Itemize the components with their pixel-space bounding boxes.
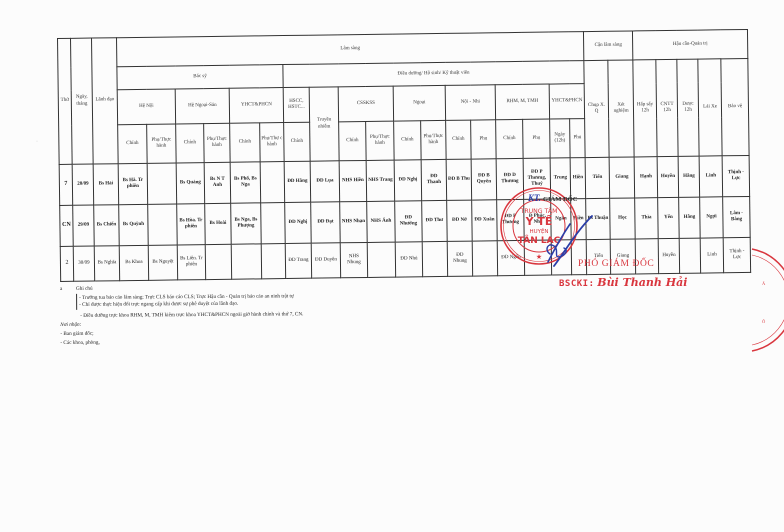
kt-prefix: KT. <box>528 193 541 203</box>
cell-bao-ve: Thịnh - Lực <box>723 237 751 272</box>
cell-noi-chinh: ĐD Nhung <box>447 241 472 276</box>
cell-noi-phu <box>472 241 497 276</box>
notes-mark: a <box>60 285 62 293</box>
cell-ngoai-chinh: ĐD Nhủ <box>395 242 422 277</box>
document-page: Thứ Ngày, tháng Lãnh đạo Lâm sàng Cận lâ… <box>0 0 784 532</box>
cell-thu: 2 <box>60 246 73 281</box>
col-header-ngay: Ngày, tháng <box>71 38 94 164</box>
svg-text:Ô: Ô <box>762 319 766 324</box>
recipients-label: Nơi nhận: <box>60 321 81 329</box>
col-header-lanh-dao: Lãnh đạo <box>92 38 119 164</box>
cell-lanh-dao: Bs Hải <box>93 164 119 205</box>
note-line: - Điều dưỡng trực khoa RHM, M, TMH kiêm … <box>80 310 303 320</box>
cell-ngoai-san-chinh: Bs Liên. Tr phiên <box>177 245 205 280</box>
cell-yhct-chinh: Bs Phố, Bs Nga <box>230 162 261 203</box>
sub-header-phu-thuc-hanh: Phụ/Thực hành <box>204 123 231 162</box>
cell-duoc: Hằng <box>678 156 700 197</box>
recipient-item: - Ban giám đốc; <box>60 330 93 338</box>
cell-xet-nghiem: Học <box>610 198 636 239</box>
col-header-noi-nhi: Nội - Nhi <box>445 85 495 121</box>
cell-hscc: ĐD Nghị <box>285 202 312 243</box>
col-header-he-ngoai-san: Hệ Ngoại-Sản <box>175 88 229 124</box>
kt-title: GIÁM ĐỐC <box>543 196 577 203</box>
notes-title: Ghi chú <box>76 285 93 293</box>
recipient-item: - Các khoa, phòng, <box>60 339 99 347</box>
cell-hscc: ĐD Hằng <box>284 161 311 202</box>
col-header-csskss: CSSKSS <box>338 86 393 122</box>
cell-xet-nghiem: Giang <box>609 157 635 198</box>
partial-stamp-icon: Ā Ô <box>750 245 784 355</box>
cell-cntt: Yến <box>658 197 680 238</box>
cell-chup-xq: Tiến <box>585 157 610 198</box>
sub-header-phu-thuc-hanh: Phụ/Thực hành <box>147 124 177 163</box>
col-header-ngoai: Ngoại <box>393 85 445 121</box>
col-header-xet-nghiem: Xét nghiệm <box>608 60 634 157</box>
signer-title: PHÓ GIÁM ĐỐC <box>578 259 654 269</box>
sub-header-ngay-12h: Ngày (12h) <box>550 119 571 158</box>
kt-giam-doc-label: KT.GIÁM ĐỐC <box>528 193 577 203</box>
cell-lai-xe: Linh <box>699 156 723 197</box>
col-header-hap-say: Hấp sấy 12h <box>633 60 657 157</box>
cell-truyen-nhiem: ĐD Lụa <box>310 161 340 202</box>
cell-ngoai-san-chinh: Bs Quảng <box>176 163 205 204</box>
cell-yhct-chinh: Bs Nga, Bs Phượng <box>231 203 262 244</box>
col-header-lai-xe: Lái Xe <box>698 59 722 156</box>
col-header-chup-xq: Chụp X. Q <box>584 60 609 157</box>
cell-ngoai-san-phu <box>205 244 231 279</box>
col-header-cntt: CNTT 12h <box>656 59 678 156</box>
cell-csskss-chinh: NHS Nhung <box>340 242 367 277</box>
cell-csskss-phu: NHS Ánh <box>367 201 396 242</box>
cell-yhct-chinh <box>231 244 261 279</box>
sub-header-chinh: Chính <box>339 121 367 160</box>
col-header-he-noi: Hệ Nội <box>117 89 175 125</box>
cell-noi-phu: ĐD B Quyên <box>471 159 497 200</box>
cell-thu: CN <box>60 205 74 246</box>
sub-header-phu-thuc-hanh: Phụ/Thực hành <box>421 120 447 159</box>
cell-ngoai-phu <box>422 241 447 276</box>
cell-he-noi-chinh: Bs Hà. Tr phiên <box>118 163 148 204</box>
sub-header-phu: Phụ <box>471 120 497 159</box>
sub-header-chinh: Chính <box>284 122 311 161</box>
cell-yhct-phu <box>260 162 285 203</box>
scan-speck: · <box>36 139 38 145</box>
svg-text:Ā: Ā <box>762 281 766 286</box>
cell-duoc: Hằng <box>679 197 701 238</box>
notes-bracket <box>76 294 77 310</box>
cell-csskss-phu: NHS Trang <box>366 160 395 201</box>
cell-ngoai-phu: ĐD Thư <box>422 200 448 241</box>
col-header-hau-can: Hậu cần-Quản trị <box>633 29 748 60</box>
cell-he-noi-chinh: Bs Khoa <box>119 245 148 280</box>
sub-header-chinh: Chính <box>176 124 205 163</box>
sub-header-phu: Phụ <box>523 119 551 158</box>
cell-lanh-dao: Bs Nghĩa <box>94 246 119 281</box>
cell-bao-ve: Lâm - Bàng <box>723 196 751 237</box>
sub-header-chinh: Chính <box>118 124 148 163</box>
sub-header-phu: Phụ <box>570 119 586 158</box>
cell-noi-chinh: ĐD B Thu <box>446 159 472 200</box>
cell-he-noi-phu: Bs Nguyệt <box>148 245 177 280</box>
sub-header-chinh: Chính <box>230 123 261 162</box>
cell-lanh-dao: Bs Chiến <box>94 205 120 246</box>
col-header-can-lam-sang: Cận lâm sàng <box>584 31 633 61</box>
cell-lai-xe: Ngợi <box>700 197 724 238</box>
cell-yhct-phu <box>261 203 286 244</box>
cell-ngay: 30/09 <box>73 246 94 281</box>
cell-csskss-chinh: NHS Nhạn <box>340 201 368 242</box>
cell-lai-xe: Linh <box>700 238 723 273</box>
cell-cntt: Huyền <box>657 156 679 197</box>
sub-header-chinh: Chính <box>446 120 472 159</box>
sub-header-chinh: Chính <box>394 121 422 160</box>
cell-ngoai-san-phu: Bs Hoài <box>205 203 232 244</box>
col-header-rhm: RHM, M, TMH <box>495 84 549 120</box>
sub-header-chinh: Chính <box>496 119 524 158</box>
signer-name: BSCKI: Bùi Thanh Hải <box>559 276 687 289</box>
duty-roster-table-wrap: Thứ Ngày, tháng Lãnh đạo Lâm sàng Cận lâ… <box>57 29 751 282</box>
col-header-truyen-nhiem: Truyền nhiễm <box>309 87 339 161</box>
cell-ngay: 29/09 <box>73 205 95 246</box>
sub-header-phu-thuc-hanh: Phụ/Thực hành <box>366 121 395 160</box>
col-header-bac-sy: Bác sỹ <box>117 65 283 90</box>
cell-yhct-phu <box>261 244 285 279</box>
cell-truyen-nhiem: ĐD Duyên <box>311 243 340 278</box>
col-header-yhct-phcn: YHCT&PHCN <box>229 88 283 124</box>
cell-ngoai-chinh: ĐD Nghị <box>394 160 422 201</box>
cell-bao-ve: Thịnh - Lực <box>722 155 750 196</box>
cell-hap-say: Thìa <box>635 198 659 239</box>
cell-csskss-chinh: NHS Hiền <box>339 160 367 201</box>
cell-noi-phu: ĐD Xuân <box>472 200 498 241</box>
cell-ngoai-san-chinh: Bs Hòa. Tr phiên <box>177 204 206 245</box>
cell-truyen-nhiem: ĐD Đạt <box>311 202 341 243</box>
signer-fullname: Bùi Thanh Hải <box>597 276 687 289</box>
duty-roster-table: Thứ Ngày, tháng Lãnh đạo Lâm sàng Cận lâ… <box>57 29 751 282</box>
col-header-yhct-dd: YHCT&PHCN <box>549 84 585 119</box>
col-header-duoc: Dược 12h <box>677 59 699 156</box>
signer-degree: BSCKI: <box>559 279 595 289</box>
cell-noi-chinh: ĐD Nờ <box>447 200 473 241</box>
cell-he-noi-chinh: Bs Quỳnh <box>119 204 149 245</box>
col-header-hscc: HSCC, HSTC... <box>283 87 309 122</box>
sub-header-phu-thuc-hanh: Phụ/Thự c hành <box>260 123 285 162</box>
note-line: - Chỉ được thực hiện đổi trực ngang cấp … <box>79 300 238 309</box>
cell-ngay: 28/09 <box>72 164 94 205</box>
cell-duoc <box>679 238 700 273</box>
cell-thu: 7 <box>59 164 73 205</box>
cell-cntt: Huyền <box>658 238 679 273</box>
cell-he-noi-phu <box>147 163 177 204</box>
cell-hscc: ĐD Trang <box>285 243 311 278</box>
cell-ngoai-san-phu: Bs N T Anh <box>204 162 231 203</box>
cell-hap-say: Hạnh <box>634 157 658 198</box>
cell-csskss-phu <box>367 242 395 277</box>
cell-ngoai-phu: ĐD Thanh <box>421 159 447 200</box>
cell-ngoai-chinh: ĐD Nhường <box>395 201 423 242</box>
cell-he-noi-phu <box>148 204 178 245</box>
notes-section: a Ghi chú - Trưởng tua báo cáo lâm sàng;… <box>60 282 440 285</box>
col-header-bao-ve: Bảo vệ <box>721 58 749 155</box>
